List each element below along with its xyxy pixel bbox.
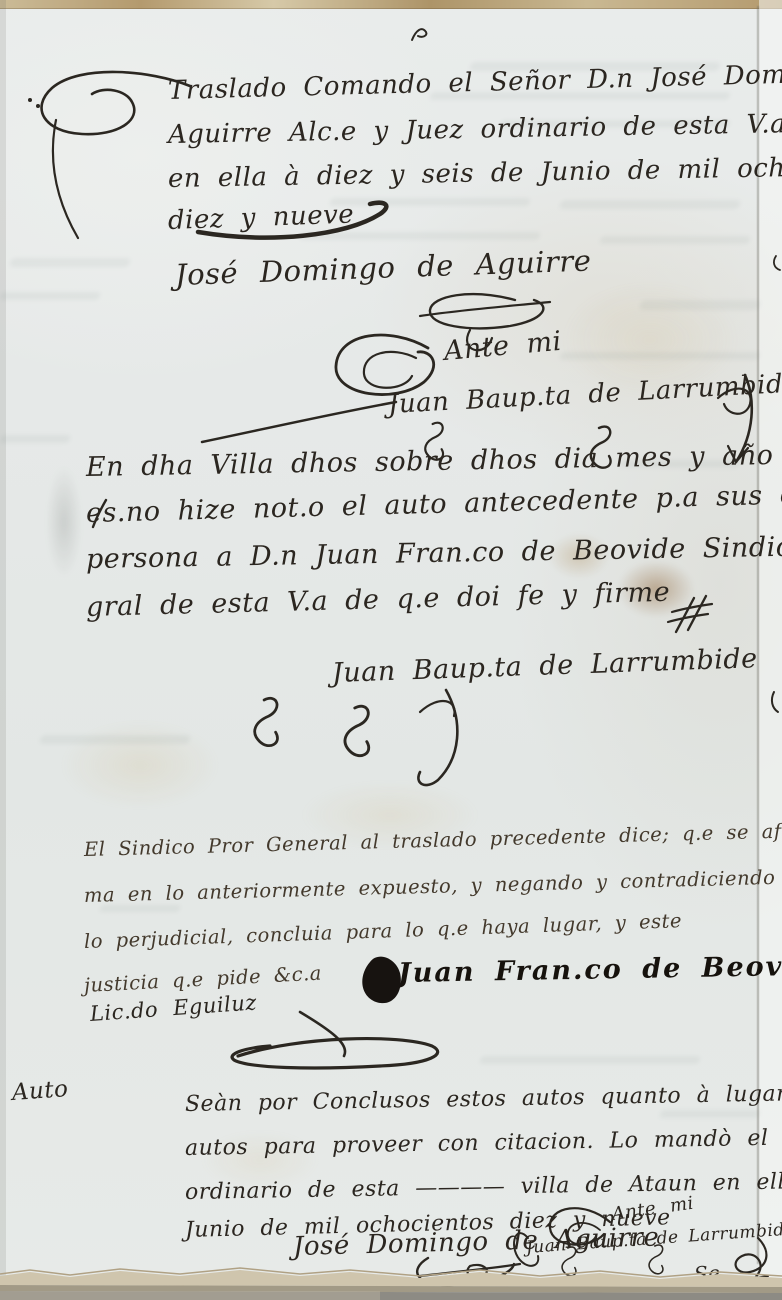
notification-line-2: es.no hize not.o el auto antecedente p.a… (86, 474, 782, 529)
paper-stain (60, 720, 220, 810)
notification-line-1: En dha Villa dhos sobre dhos dia mes y a… (86, 437, 782, 483)
larrumbide-rubric (420, 701, 455, 716)
bleed-through-mark (559, 352, 761, 360)
signature-juan-francisco-de-beovide: Juan Fran.co de Beovide (398, 950, 782, 989)
ante-mi-flourish (364, 352, 416, 388)
notification-line-4: gral de esta V.a de q.e doi fe y firme (86, 577, 671, 623)
bleed-through-mark (559, 200, 741, 209)
reply-line-2: ma en lo anteriormente expuesto, y negan… (84, 866, 776, 907)
bleed-through-mark (39, 735, 191, 744)
aguirre-rubric-bottom (417, 1258, 520, 1285)
signature-licenciado-eguiluz: Lic.do Eguiluz (89, 990, 257, 1026)
bleed-through-mark (659, 1110, 761, 1118)
aguirre-rubric (430, 294, 543, 328)
torn-edge-highlight (0, 1270, 782, 1287)
manuscript-page-scan: Traslado Comando el Señor D.n José Domin… (0, 0, 782, 1300)
margin-note-auto: Auto (11, 1076, 69, 1106)
below-page-area (0, 1291, 782, 1300)
rubric-squiggle (255, 698, 278, 745)
ante-mi-label: Ante mi (443, 326, 563, 367)
auto-line-2: autos para proveer con citacion. Lo mand… (185, 1122, 782, 1161)
diagonal-stroke (202, 402, 396, 442)
right-fold-line (757, 6, 759, 1264)
margin-flourish-tail (53, 120, 78, 238)
catchword: Se (693, 1261, 721, 1286)
bleed-through-mark (329, 198, 531, 206)
bleed-through-mark (0, 435, 71, 443)
scan-top-edge (0, 0, 782, 9)
reply-line-4: justicia q.e pide &c.a (83, 962, 322, 997)
reply-line-3: lo perjudicial, concluia para lo q.e hay… (84, 909, 683, 953)
below-page-area-light (0, 1291, 380, 1300)
margin-smudge (46, 466, 82, 578)
rubric-squiggle (345, 706, 369, 755)
ink-dot (28, 98, 32, 102)
eguiluz-flourish (300, 1012, 345, 1056)
ink-dot (36, 104, 40, 108)
decree-line-3: en ella à diez y seis de Junio de mil oc… (168, 151, 782, 194)
torn-edge-mid (0, 1285, 782, 1293)
signature-juan-bautista-de-larrumbide: Juan Baup.ta de Larrumbide (331, 643, 758, 689)
larrumbide-rubric (418, 690, 457, 785)
signature-jose-domingo-de-aguirre: José Domingo de Aguirre (174, 243, 591, 292)
bleed-through-mark (599, 236, 751, 244)
aguirre-rubric (420, 302, 550, 316)
bleed-through-mark (479, 1056, 701, 1064)
bleed-through-mark (299, 232, 541, 240)
bleed-through-mark (0, 292, 101, 300)
left-page-edge-shadow (0, 0, 6, 1300)
eguiluz-flourish (232, 1039, 438, 1068)
ink-blot (362, 957, 401, 1004)
decree-line-4: diez y nueve (167, 200, 354, 236)
ante-mi-flourish (336, 335, 434, 394)
ink-speck (412, 29, 426, 40)
bleed-through-mark (9, 258, 131, 267)
tear-line (0, 1268, 782, 1277)
bleed-through-mark (639, 300, 761, 310)
decree-line-2: Aguirre Alc.e y Juez ordinario de esta V… (168, 107, 782, 150)
